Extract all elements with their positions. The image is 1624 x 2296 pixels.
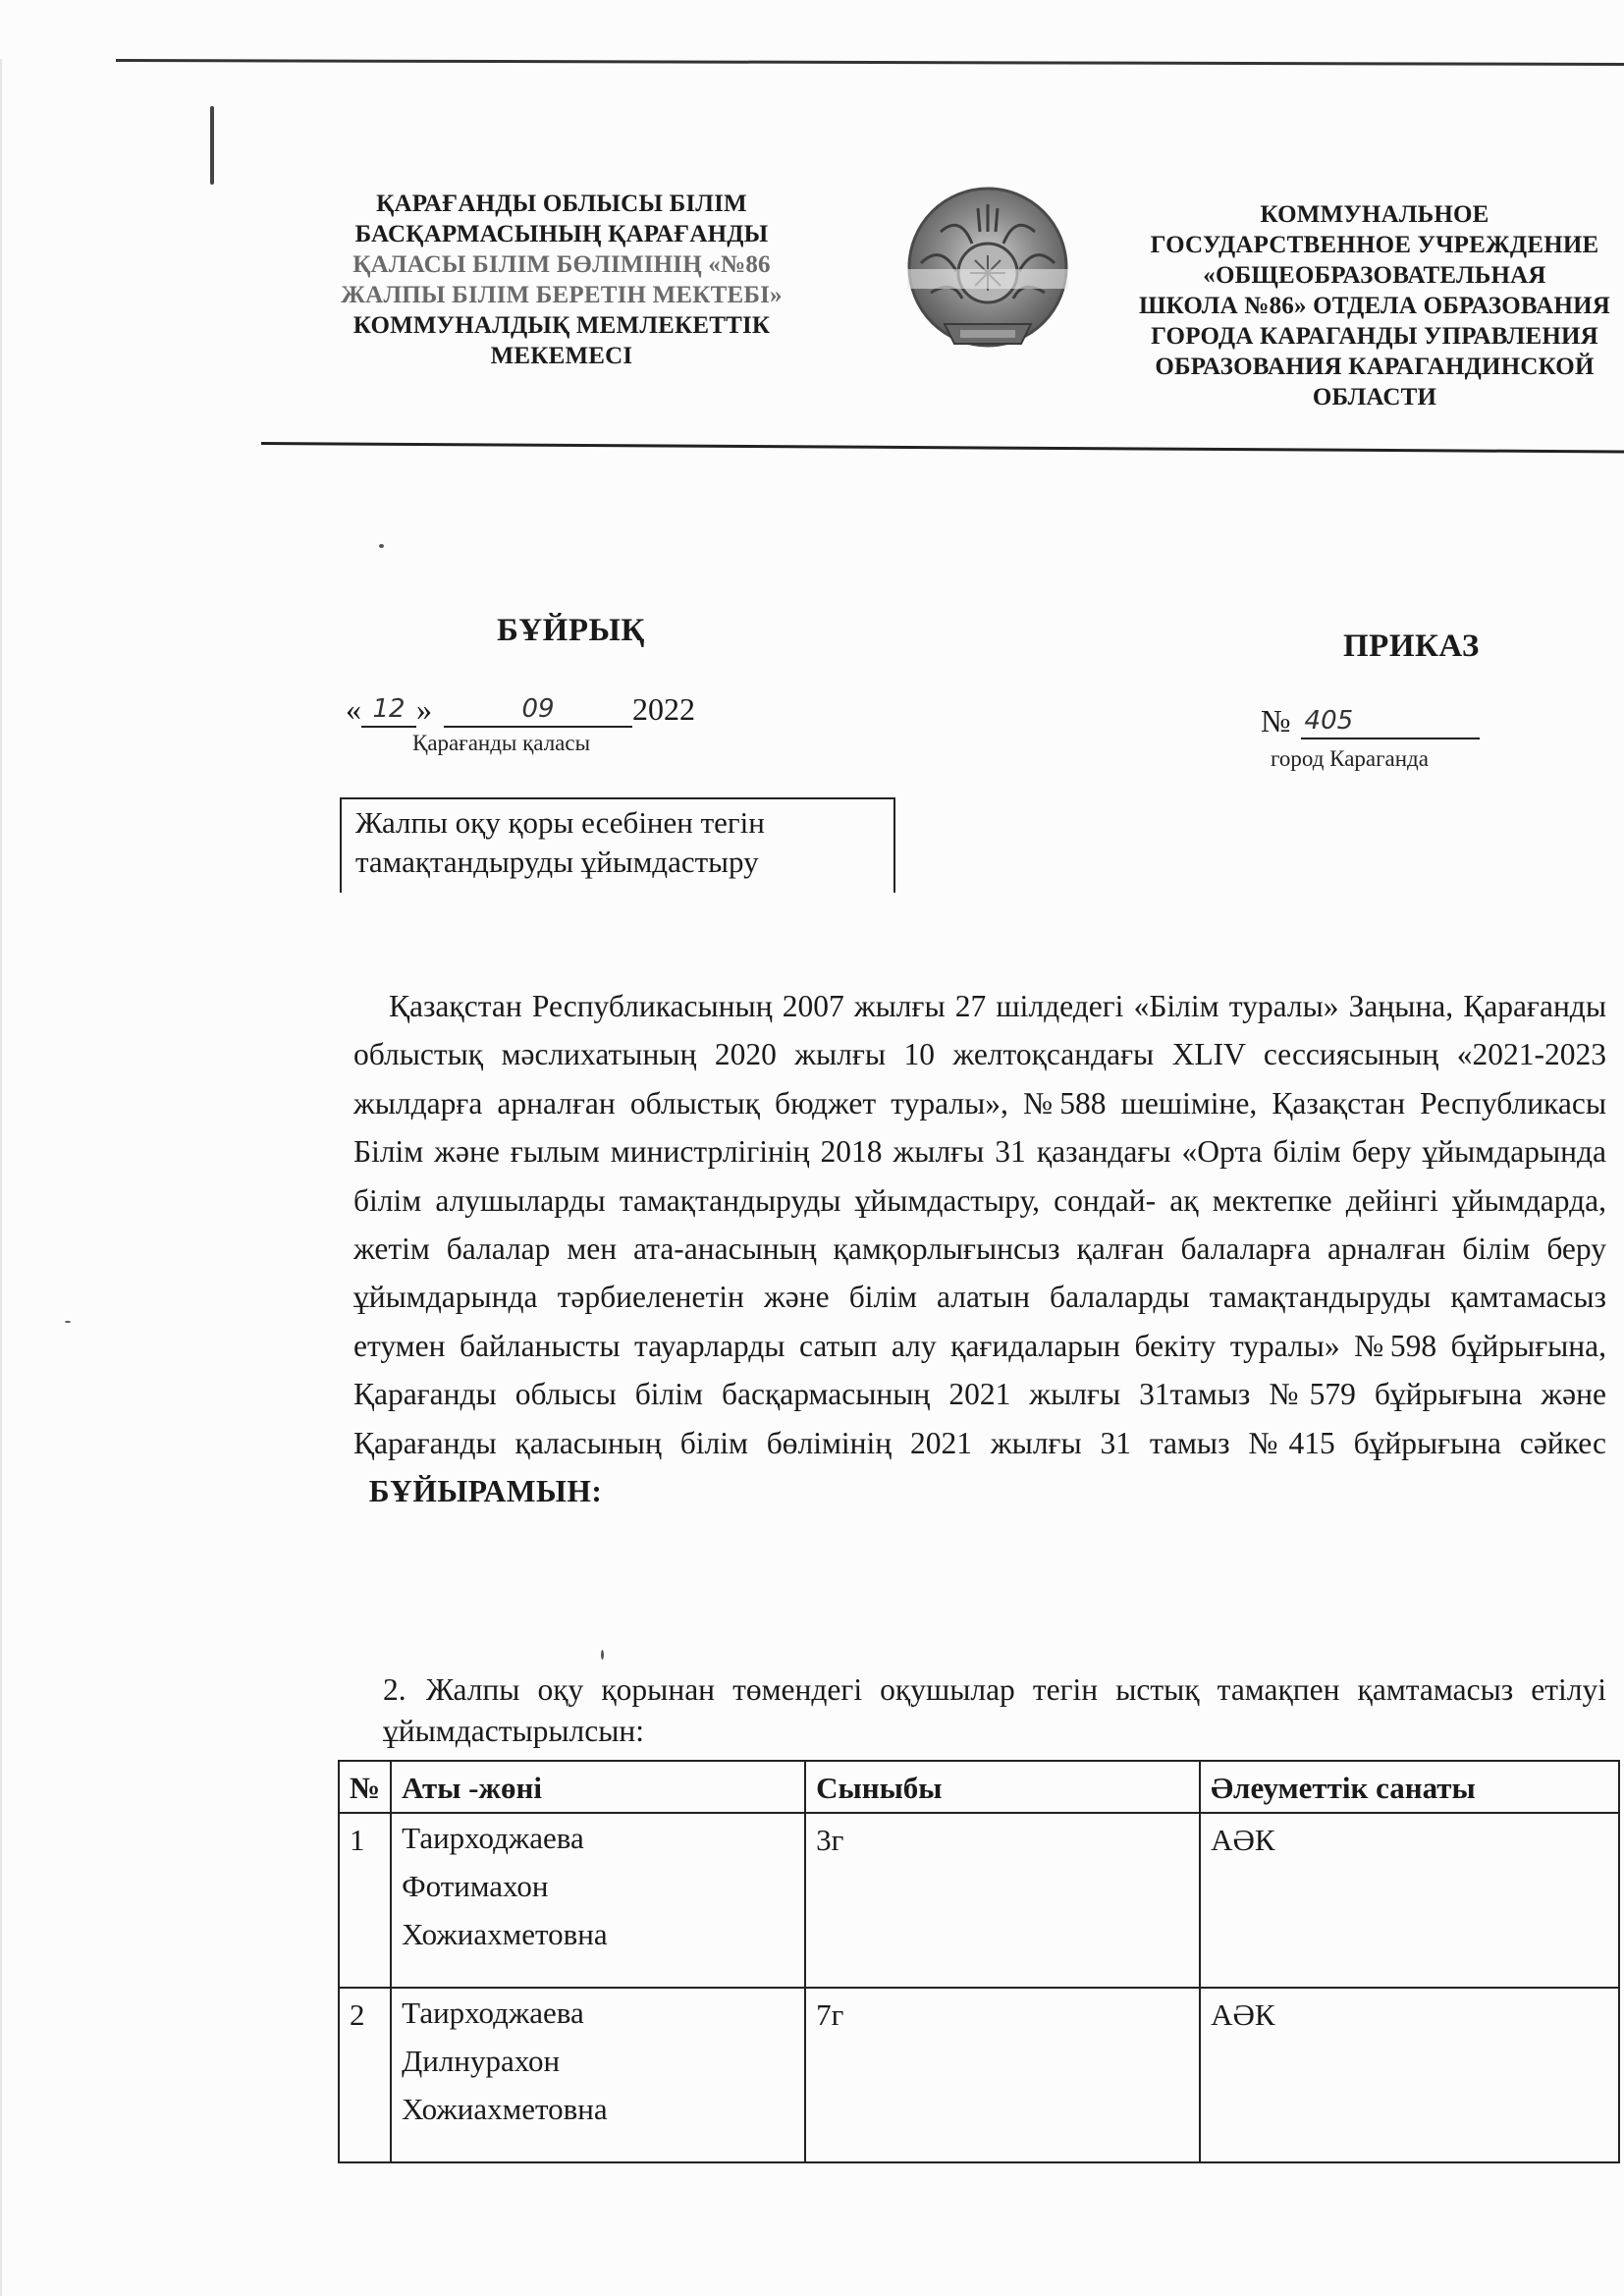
header-ru-line: ШКОЛА №86» ОТДЕЛА ОБРАЗОВАНИЯ xyxy=(1100,291,1624,321)
header-kazakh: ҚАРАҒАНДЫ ОБЛЫСЫ БІЛІМ БАСҚАРМАСЫНЫҢ ҚАР… xyxy=(267,189,856,371)
date-open-quote: « xyxy=(346,691,361,728)
header-kz-line: МЕКЕМЕСІ xyxy=(267,341,856,371)
column-header-number: № xyxy=(339,1761,391,1813)
order-directive: БҰЙЫРАМЫН: xyxy=(369,1474,603,1508)
surname: Таирходжаева xyxy=(402,1814,794,1862)
scan-speck xyxy=(65,1321,71,1323)
header-kz-line: ЖАЛПЫ БІЛІМ БЕРЕТІН МЕКТЕБІ» xyxy=(267,280,856,310)
table-row: 2 Таирходжаева Дилнурахон Хожиахметовна … xyxy=(339,1988,1619,2162)
scan-top-border xyxy=(116,59,1624,66)
date-month-field[interactable]: 09 xyxy=(444,692,632,728)
students-table: № Аты -жөні Сыныбы Әлеуметтік санаты 1 Т… xyxy=(338,1760,1620,2163)
order-date: « 12 » 09 2022 xyxy=(346,691,695,728)
student-grade: 3г xyxy=(805,1813,1200,1988)
table-header-row: № Аты -жөні Сыныбы Әлеуметтік санаты xyxy=(339,1761,1619,1813)
table-row: 1 Таирходжаева Фотимахон Хожиахметовна 3… xyxy=(339,1813,1619,1988)
subject-text: Жалпы оқу қоры есебінен тегін тамақтанды… xyxy=(355,803,905,882)
header-ru-line: КОММУНАЛЬНОЕ xyxy=(1100,199,1624,230)
item-number: 2. xyxy=(383,1669,426,1711)
header-kz-line: КОММУНАЛДЫҚ МЕМЛЕКЕТТІК xyxy=(267,310,856,341)
state-emblem-icon xyxy=(901,185,1074,354)
social-category: АӘК xyxy=(1200,1988,1619,2162)
given-name: Дилнурахон xyxy=(402,2037,794,2085)
date-close-quote: » xyxy=(416,691,432,728)
header-russian: КОММУНАЛЬНОЕ ГОСУДАРСТВЕННОЕ УЧРЕЖДЕНИЕ … xyxy=(1100,199,1624,412)
student-name: Таирходжаева Фотимахон Хожиахметовна xyxy=(391,1813,805,1988)
order-title-russian: ПРИКАЗ xyxy=(1343,629,1480,665)
item-text: Жалпы оқу қорынан төмендегі оқушылар тег… xyxy=(383,1672,1606,1748)
student-grade: 7г xyxy=(805,1988,1200,2162)
order-title-kazakh: БҰЙРЫҚ xyxy=(497,613,645,649)
order-number: № 405 xyxy=(1261,703,1480,739)
list-item-2: 2.Жалпы оқу қорынан төмендегі оқушылар т… xyxy=(383,1669,1606,1752)
header-ru-line: ОБЛАСТИ xyxy=(1100,382,1624,412)
scan-speck xyxy=(601,1650,604,1660)
social-category: АӘК xyxy=(1200,1813,1619,1988)
row-number: 1 xyxy=(339,1813,391,1988)
column-header-grade: Сыныбы xyxy=(805,1761,1200,1813)
scan-left-edge xyxy=(0,59,2,2296)
column-header-category: Әлеуметтік санаты xyxy=(1200,1761,1619,1813)
header-kz-line: БАСҚАРМАСЫНЫҢ ҚАРАҒАНДЫ xyxy=(267,219,856,249)
surname: Таирходжаева xyxy=(402,1989,794,2037)
date-year: 2022 xyxy=(632,691,695,728)
header-ru-line: «ОБЩЕОБРАЗОВАТЕЛЬНАЯ xyxy=(1100,260,1624,291)
city-russian: город Караганда xyxy=(1271,746,1429,772)
binder-mark xyxy=(210,106,214,185)
preamble-text: Қазақстан Республикасының 2007 жылғы 27 … xyxy=(353,989,1606,1460)
header-ru-line: ГОСУДАРСТВЕННОЕ УЧРЕЖДЕНИЕ xyxy=(1100,230,1624,260)
student-name: Таирходжаева Дилнурахон Хожиахметовна xyxy=(391,1988,805,2162)
row-number: 2 xyxy=(339,1988,391,2162)
patronymic: Хожиахметовна xyxy=(402,2085,794,2133)
order-number-field[interactable]: 405 xyxy=(1301,704,1480,739)
header-ru-line: ГОРОДА КАРАГАНДЫ УПРАВЛЕНИЯ xyxy=(1100,321,1624,352)
patronymic: Хожиахметовна xyxy=(402,1910,794,1958)
given-name: Фотимахон xyxy=(402,1862,794,1910)
number-sign: № xyxy=(1261,703,1291,739)
header-divider xyxy=(261,442,1624,454)
subject-line: тамақтандыруды ұйымдастыру xyxy=(355,843,905,882)
header-kz-line: ҚАЛАСЫ БІЛІМ БӨЛІМІНІҢ «№86 xyxy=(267,249,856,280)
preamble-paragraph: Қазақстан Республикасының 2007 жылғы 27 … xyxy=(353,982,1606,1515)
scan-speck xyxy=(379,544,384,548)
city-kazakh: Қарағанды қаласы xyxy=(412,731,590,756)
date-day-field[interactable]: 12 xyxy=(361,692,416,728)
header-kz-line: ҚАРАҒАНДЫ ОБЛЫСЫ БІЛІМ xyxy=(267,189,856,219)
column-header-name: Аты -жөні xyxy=(391,1761,805,1813)
header-ru-line: ОБРАЗОВАНИЯ КАРАГАНДИНСКОЙ xyxy=(1100,352,1624,382)
subject-line: Жалпы оқу қоры есебінен тегін xyxy=(355,803,905,843)
